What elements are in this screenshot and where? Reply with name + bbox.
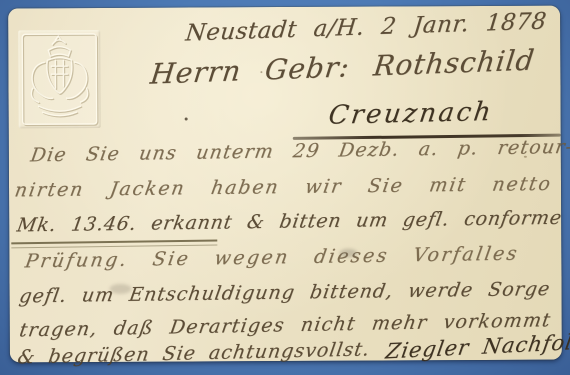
ink-smudge [339,249,357,258]
body-line-amount: Mk. 13.46. erkannt & bitten um gefl. con… [15,207,563,237]
body-line: nirten Jacken haben wir Sie mit netto [13,173,553,202]
scanned-postcard-image: { "postcard": { "dateline": "Neustadt a/… [0,0,570,375]
foxing-speck [260,71,262,73]
foxing-speck [524,156,527,158]
crest-icon [18,30,101,128]
postcard-paper: Neustadt a/H. 2 Janr. 1878 Herrn Gebr: R… [8,6,562,363]
ink-smudge [110,284,132,294]
recipient-name-text: Herrn Gebr: Rothschild [149,43,537,90]
embossed-crest-seal [18,30,101,128]
recipient-city-text: Creuznach [327,97,495,131]
body-line: gefl. um Entschuldigung bittend, werde S… [18,278,552,307]
body-line: & begrüßen Sie achtungsvollst. [16,338,372,368]
foxing-speck [430,26,432,28]
foxing-speck [185,118,188,121]
dateline-text: Neustadt a/H. 2 Janr. 1878 [184,8,548,46]
body-line: Die Sie uns unterm 29 Dezb. a. p. retour… [29,136,570,167]
